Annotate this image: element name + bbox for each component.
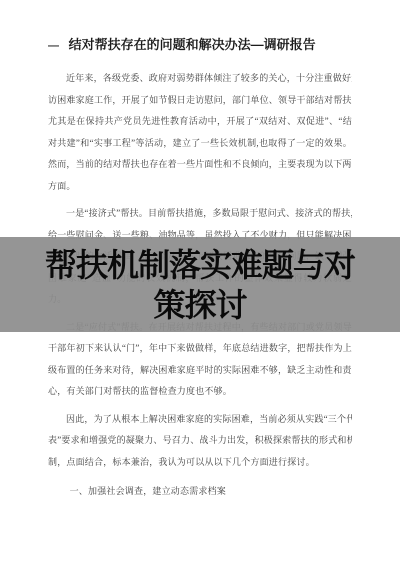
document-title-row: — 结对帮扶存在的问题和解决办法—调研报告	[48, 36, 352, 55]
overlay-title-line-2: 策探讨	[153, 285, 246, 325]
overlay-title-line-1: 帮扶机制落实难题与对	[45, 245, 355, 285]
document-title: 结对帮扶存在的问题和解决办法—调研报告	[69, 37, 316, 52]
text-line: 心，有关部门对帮扶的监督检查力度也不够。	[48, 381, 352, 403]
document-page: — 结对帮扶存在的问题和解决办法—调研报告 近年来，各级党委、政府对弱势群体倾注…	[0, 0, 400, 566]
text-line: 方面。	[48, 176, 352, 198]
paragraph-4: 因此，为了从根本上解决困难家庭的实际困难，当前必须从实践“三个代 表”要求和增强…	[48, 409, 352, 474]
text-line: 表”要求和增强党的凝聚力、号召力、战斗力出发，积极探索帮扶的形式和机	[48, 430, 352, 452]
text-line: 近年来，各级党委、政府对弱势群体倾注了较多的关心，十分注重做好走	[48, 68, 352, 90]
text-line: 级布置的任务来对待，解决困难家庭平时的实际困难不够，缺乏主动性和责任	[48, 360, 352, 382]
text-line: 制，点面结合，标本兼治，我认为可以从以下几个方面进行探讨。	[48, 452, 352, 474]
caption-overlay-band: 帮扶机制落实难题与对 策探讨	[0, 237, 400, 332]
text-line: 因此，为了从根本上解决困难家庭的实际困难，当前必须从实践“三个代	[48, 409, 352, 431]
text-line: 访困难家庭工作，开展了如节假日走访慰问，部门单位、领导干部结对帮扶等，	[48, 90, 352, 112]
section-heading: 一、加强社会调查，建立动态需求档案	[48, 481, 352, 503]
text-line: 对共建”和“实事工程”等活动，建立了一些长效机制,也取得了一定的效果。	[48, 133, 352, 155]
title-dash: —	[48, 40, 59, 52]
paragraph-1: 近年来，各级党委、政府对弱势群体倾注了较多的关心，十分注重做好走 访困难家庭工作…	[48, 68, 352, 197]
text-line: 尤其是在保持共产党员先进性教育活动中，开展了“双结对、双促进”、“结	[48, 111, 352, 133]
text-line: 然而，当前的结对帮扶也存在着一些片面性和不良倾向，主要表现为以下两个	[48, 154, 352, 176]
text-line: 干部年初下来认认“门”，年中下来做做样，年底总结进数字，把帮扶作为上	[48, 338, 352, 360]
text-line: 一是“接济式”帮扶。目前帮扶措施，多数局限于慰问式、接济式的帮扶，	[48, 203, 352, 225]
